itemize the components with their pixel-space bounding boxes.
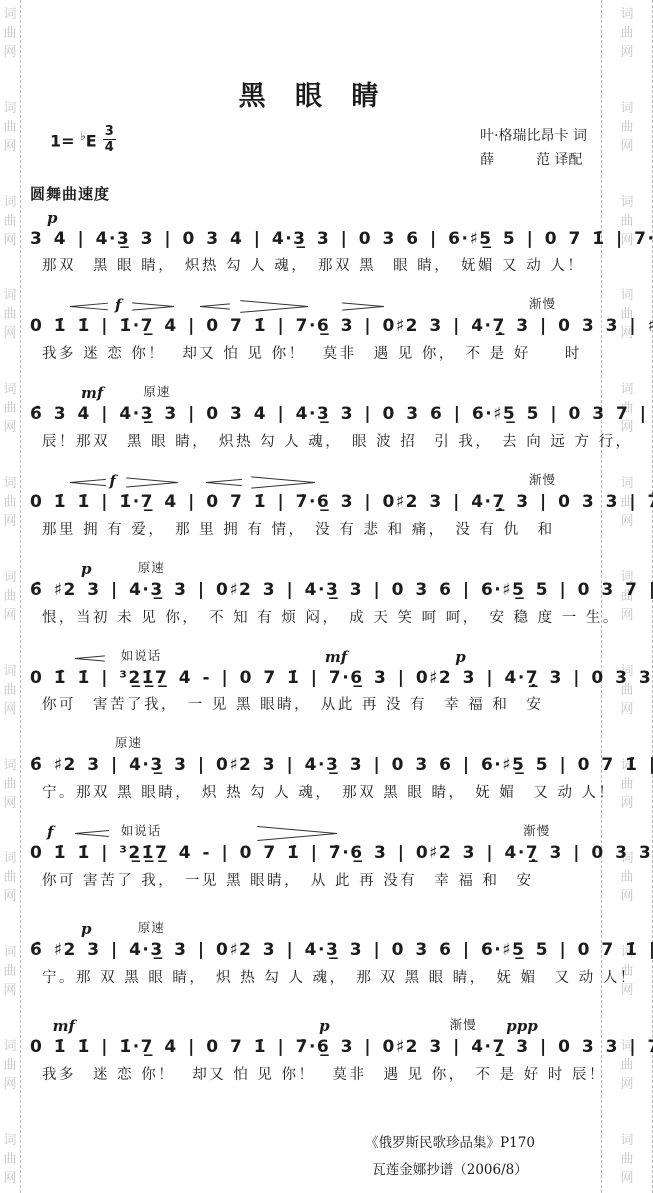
notes-row: 6̑ ♯2 3 | 4·3̲ 3 | 0♯2 3 | 4·3̲ 3 | 0 3 … [30,754,597,778]
tempo-annotation: 如说话 [121,821,162,839]
score-area: p 3 4 | 4·3̲ 3 | 0 3 4 | 4·3̲ 3 | 0 3 6 … [30,206,597,1084]
lyrics-row: 那里 拥 有 爱， 那 里 拥 有 情， 没 有 悲 和 痛， 没 有 仇 和 [30,518,597,539]
dynamics-row: f渐慢 [30,469,597,491]
lyrics-row: 那双 黑 眼 睛， 炽热 勾 人 魂， 那双 黑 眼 睛， 妩媚 又 动 人！ [30,254,597,275]
notes-row: 0 1̇ 1̇ | 1̇·7̲ 4 | 0 7 1̇ | 7̇·6̲ 3 | 0… [30,491,597,515]
page-title: 黑 眼 睛 [30,74,597,113]
dynamic-marking: f [47,823,53,841]
key-signature: 1= ♭E 3 4 [50,125,116,154]
dynamics-row: p原速 [30,557,597,579]
watermark-text: 词曲网 [0,1134,20,1185]
watermark-text: 词曲网 [0,8,20,59]
tempo-annotation: 原速 [115,733,142,751]
notes-row: 0 1̇̑ 1̇ | ³2̲1̲̇7̲ 4 - | 0 7 1̇ | 7·6̲ … [30,667,597,691]
footer: 《俄罗斯民歌珍品集》P170 瓦莲金娜抄谱（2006/8） [310,1130,590,1184]
lyrics-row: 我多 迷 恋 你！ 却又 怕 见 你！ 莫非 遇 见 你， 不 是 好 时 辰！ [30,1063,597,1084]
tempo-marking: 圆舞曲速度 [30,183,597,204]
score-line: mf原速 6̑ 3 4 | 4·3̲ 3 | 0 3 4 | 4·3̲ 3 | … [30,381,597,451]
tempo-annotation: 渐慢 [529,294,556,312]
decrescendo-hairpin-icon [126,477,178,487]
crescendo-hairpin-icon [70,301,108,311]
time-signature: 3 4 [103,125,116,154]
dynamics-row: p原速 [30,917,597,939]
dynamic-marking: mf [81,384,103,402]
score-line: mfp渐慢ppp 0 1̇ 1̇ | 1̇·7̲ 4 | 0 7 1̇ | 7̇… [30,1014,597,1084]
notes-row: 0 1̇ 1̇ | ³2̲1̲̇7̲ 4 - | 0 7 1̇ | 7̇·6̲ … [30,842,597,866]
watermark-text: 词曲网 [0,759,20,810]
lyrics-row: 宁。那 双 黑 眼 睛， 炽 热 勾 人 魂， 那 双 黑 眼 睛， 妩 媚 又… [30,966,597,987]
tempo-annotation: 原速 [138,558,165,576]
decrescendo-hairpin-icon [342,301,384,311]
sheet-page: 黑 眼 睛 1= ♭E 3 4 叶·格瑞比昂卡 词 薛 范 译配 圆舞曲速度 p… [30,0,597,1184]
decrescendo-hairpin-icon [251,477,315,487]
dynamics-row: f如说话渐慢 [30,820,597,842]
time-signature-numerator: 3 [103,125,116,140]
lyrics-row: 辰！那双 黑 眼 睛， 炽热 勾 人 魂， 眼 波 招 引 我， 去 向 远 方… [30,430,597,451]
notes-row: 0 1̇ 1̇ | 1̇·7̲ 4 | 0 7 1̇ | 7̇·6̲ 3 | 0… [30,1036,597,1060]
dynamic-marking: mf [325,648,347,666]
dynamics-row: p [30,206,597,228]
score-line: p 3 4 | 4·3̲ 3 | 0 3 4 | 4·3̲ 3 | 0 3 6 … [30,206,597,276]
dynamic-marking: p [455,648,466,666]
notes-row: 3 4 | 4·3̲ 3 | 0 3 4 | 4·3̲ 3 | 0 3 6 | … [30,228,597,252]
watermark-text: 词曲网 [0,289,20,340]
watermark-text: 词曲网 [602,8,652,59]
dynamics-row: mfp渐慢ppp [30,1014,597,1036]
dynamic-marking: f [109,472,115,490]
tempo-annotation: 原速 [143,382,170,400]
dynamics-row: 原速 [30,732,597,754]
tempo-annotation: 渐慢 [529,470,556,488]
dynamics-row: mf原速 [30,381,597,403]
key-text: 1= ♭E [50,129,97,150]
decrescendo-hairpin-icon [240,301,308,311]
crescendo-hairpin-icon [200,301,230,311]
notes-row: 6̑ 3 4 | 4·3̲ 3 | 0 3 4 | 4·3̲ 3 | 0 3 6… [30,403,597,427]
watermark-text: 词曲网 [0,196,20,247]
dynamics-row: 如说话mfp [30,645,597,667]
lyrics-row: 你可 害苦了我， 一 见 黑 眼睛， 从此 再 没 有 幸 福 和 安 [30,693,597,714]
dynamic-marking: p [81,560,92,578]
dynamic-marking: ppp [506,1017,537,1035]
lyrics-row: 恨，当初 未 见 你， 不 知 有 烦 闷， 成 天 笑 呵 呵， 安 稳 度 … [30,606,597,627]
watermark-column-left: 词曲网词曲网词曲网词曲网词曲网词曲网词曲网词曲网词曲网词曲网词曲网词曲网词曲网 [0,0,21,1193]
tempo-annotation: 渐慢 [523,821,550,839]
dynamic-marking: f [115,296,121,314]
crescendo-hairpin-icon [70,477,106,487]
crescendo-hairpin-icon [75,653,105,663]
score-line: p原速 6̑ ♯2 3 | 4·3̲ 3 | 0♯2 3 | 4·3̲ 3 | … [30,917,597,987]
notes-row: 6̑ ♯2 3 | 4·3̲ 3 | 0♯2 3 | 4·3̲ 3 | 0 3 … [30,579,597,603]
score-line: 原速 6̑ ♯2 3 | 4·3̲ 3 | 0♯2 3 | 4·3̲ 3 | 0… [30,732,597,802]
credits: 叶·格瑞比昂卡 词 薛 范 译配 [480,125,587,173]
tempo-annotation: 原速 [138,918,165,936]
watermark-text: 词曲网 [0,571,20,622]
score-line: 如说话mfp 0 1̇̑ 1̇ | ³2̲1̲̇7̲ 4 - | 0 7 1̇ … [30,645,597,715]
watermark-text: 词曲网 [0,946,20,997]
watermark-text: 词曲网 [602,1134,652,1185]
watermark-text: 词曲网 [0,852,20,903]
watermark-text: 词曲网 [0,665,20,716]
transcriber-credit: 瓦莲金娜抄谱（2006/8） [310,1157,590,1184]
dynamics-row: f渐慢 [30,293,597,315]
watermark-text: 词曲网 [0,1040,20,1091]
time-signature-denominator: 4 [105,140,114,154]
dynamic-marking: p [319,1017,330,1035]
meta-row: 1= ♭E 3 4 叶·格瑞比昂卡 词 薛 范 译配 [30,125,597,173]
lyrics-row: 宁。那双 黑 眼睛， 炽 热 勾 人 魂， 那双 黑 眼 睛， 妩 媚 又 动 … [30,781,597,802]
watermark-text: 词曲网 [0,477,20,528]
decrescendo-hairpin-icon [132,301,174,311]
watermark-text: 词曲网 [0,383,20,434]
watermark-text: 词曲网 [0,102,20,153]
crescendo-hairpin-icon [206,477,242,487]
tempo-annotation: 渐慢 [450,1015,477,1033]
source-credit: 《俄罗斯民歌珍品集》P170 [310,1130,590,1157]
score-line: f如说话渐慢 0 1̇ 1̇ | ³2̲1̲̇7̲ 4 - | 0 7 1̇ |… [30,820,597,890]
lyrics-row: 我多 迷 恋 你！ 却又 怕 见 你！ 莫非 遇 见 你， 不 是 好 时 [30,342,597,363]
score-line: f渐慢 0 1̇ 1̇ | 1̇·7̲ 4 | 0 7 1̇ | 7̇·6̲ 3… [30,469,597,539]
score-line: f渐慢 0 1̇ 1̇ | 1̇·7̲ 4 | 0 7 1̇ | 7·6̲ 3 … [30,293,597,363]
translator-credit: 薛 范 译配 [480,149,587,173]
score-line: p原速 6̑ ♯2 3 | 4·3̲ 3 | 0♯2 3 | 4·3̲ 3 | … [30,557,597,627]
dynamic-marking: mf [53,1017,75,1035]
dynamic-marking: p [81,920,92,938]
lyricist-credit: 叶·格瑞比昂卡 词 [480,125,587,149]
tempo-annotation: 如说话 [121,646,162,664]
notes-row: 0 1̇ 1̇ | 1̇·7̲ 4 | 0 7 1̇ | 7·6̲ 3 | 0♯… [30,315,597,339]
watermark-text: 词曲网 [602,102,652,153]
lyrics-row: 你可 害苦了 我， 一见 黑 眼睛， 从 此 再 没有 幸 福 和 安 [30,869,597,890]
decrescendo-hairpin-icon [257,828,337,838]
crescendo-hairpin-icon [75,828,109,838]
dynamic-marking: p [47,209,58,227]
notes-row: 6̑ ♯2 3 | 4·3̲ 3 | 0♯2 3 | 4·3̲ 3 | 0 3 … [30,939,597,963]
